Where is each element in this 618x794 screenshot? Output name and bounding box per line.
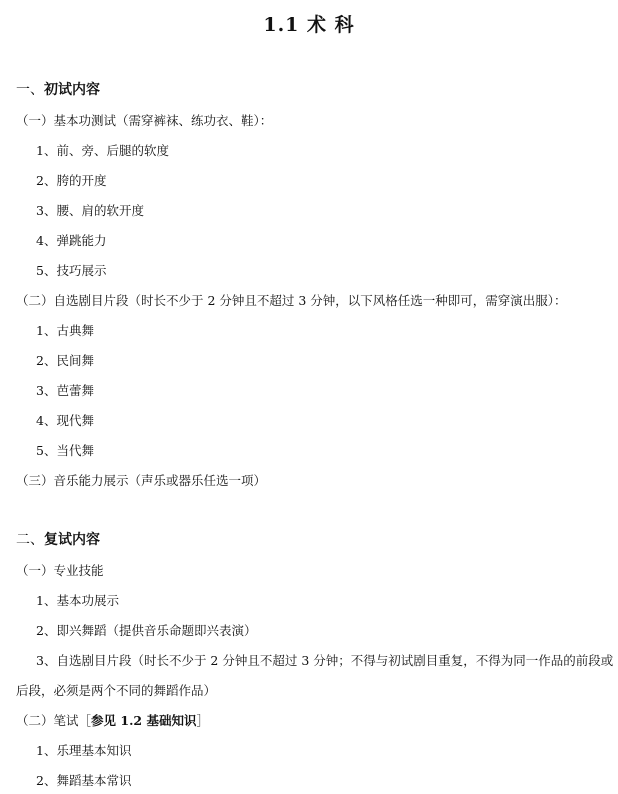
list-item: 2、民间舞 [36,353,94,369]
label-suffix: ］ [196,713,209,728]
list-item: 1、前、旁、后腿的软度 [36,143,169,159]
label-prefix: （二）笔试［ [16,713,91,728]
subsection-written-exam: （二）笔试［参见 1.2 基础知识］ [16,713,209,729]
list-item-continuation: 后段，必须是两个不同的舞蹈作品） [16,683,216,699]
list-item: 1、古典舞 [36,323,94,339]
list-item: 3、自选剧目片段（时长不少于 2 分钟且不超过 3 分钟；不得与初试剧目重复，不… [36,653,613,669]
page-title: 1.1 术 科 [0,10,618,37]
list-item: 2、胯的开度 [36,173,106,189]
subsection-music: （三）音乐能力展示（声乐或器乐任选一项） [16,473,266,489]
list-item: 1、基本功展示 [36,593,119,609]
subsection-professional-skills: （一）专业技能 [16,563,104,579]
subsection-repertoire: （二）自选剧目片段（时长不少于 2 分钟且不超过 3 分钟，以下风格任选一种即可… [16,293,567,309]
section-title: 复试内容 [44,532,100,548]
list-item: 2、即兴舞蹈（提供音乐命题即兴表演） [36,623,256,639]
list-item: 3、芭蕾舞 [36,383,94,399]
list-item: 5、当代舞 [36,443,94,459]
section-heading-preliminary: 一、初试内容 [16,82,100,98]
section-heading-final: 二、复试内容 [16,532,100,548]
section-number: 二、 [16,532,44,548]
list-item: 5、技巧展示 [36,263,106,279]
section-number: 一、 [16,82,44,98]
list-item: 4、现代舞 [36,413,94,429]
subsection-basic-skills: （一）基本功测试（需穿裤袜、练功衣、鞋）： [16,113,272,129]
list-item: 1、乐理基本知识 [36,743,131,759]
list-item: 3、腰、肩的软开度 [36,203,144,219]
list-item: 4、弹跳能力 [36,233,106,249]
cross-reference-link: 参见 1.2 基础知识 [91,713,196,728]
section-title: 初试内容 [44,82,100,98]
list-item: 2、舞蹈基本常识 [36,773,131,789]
